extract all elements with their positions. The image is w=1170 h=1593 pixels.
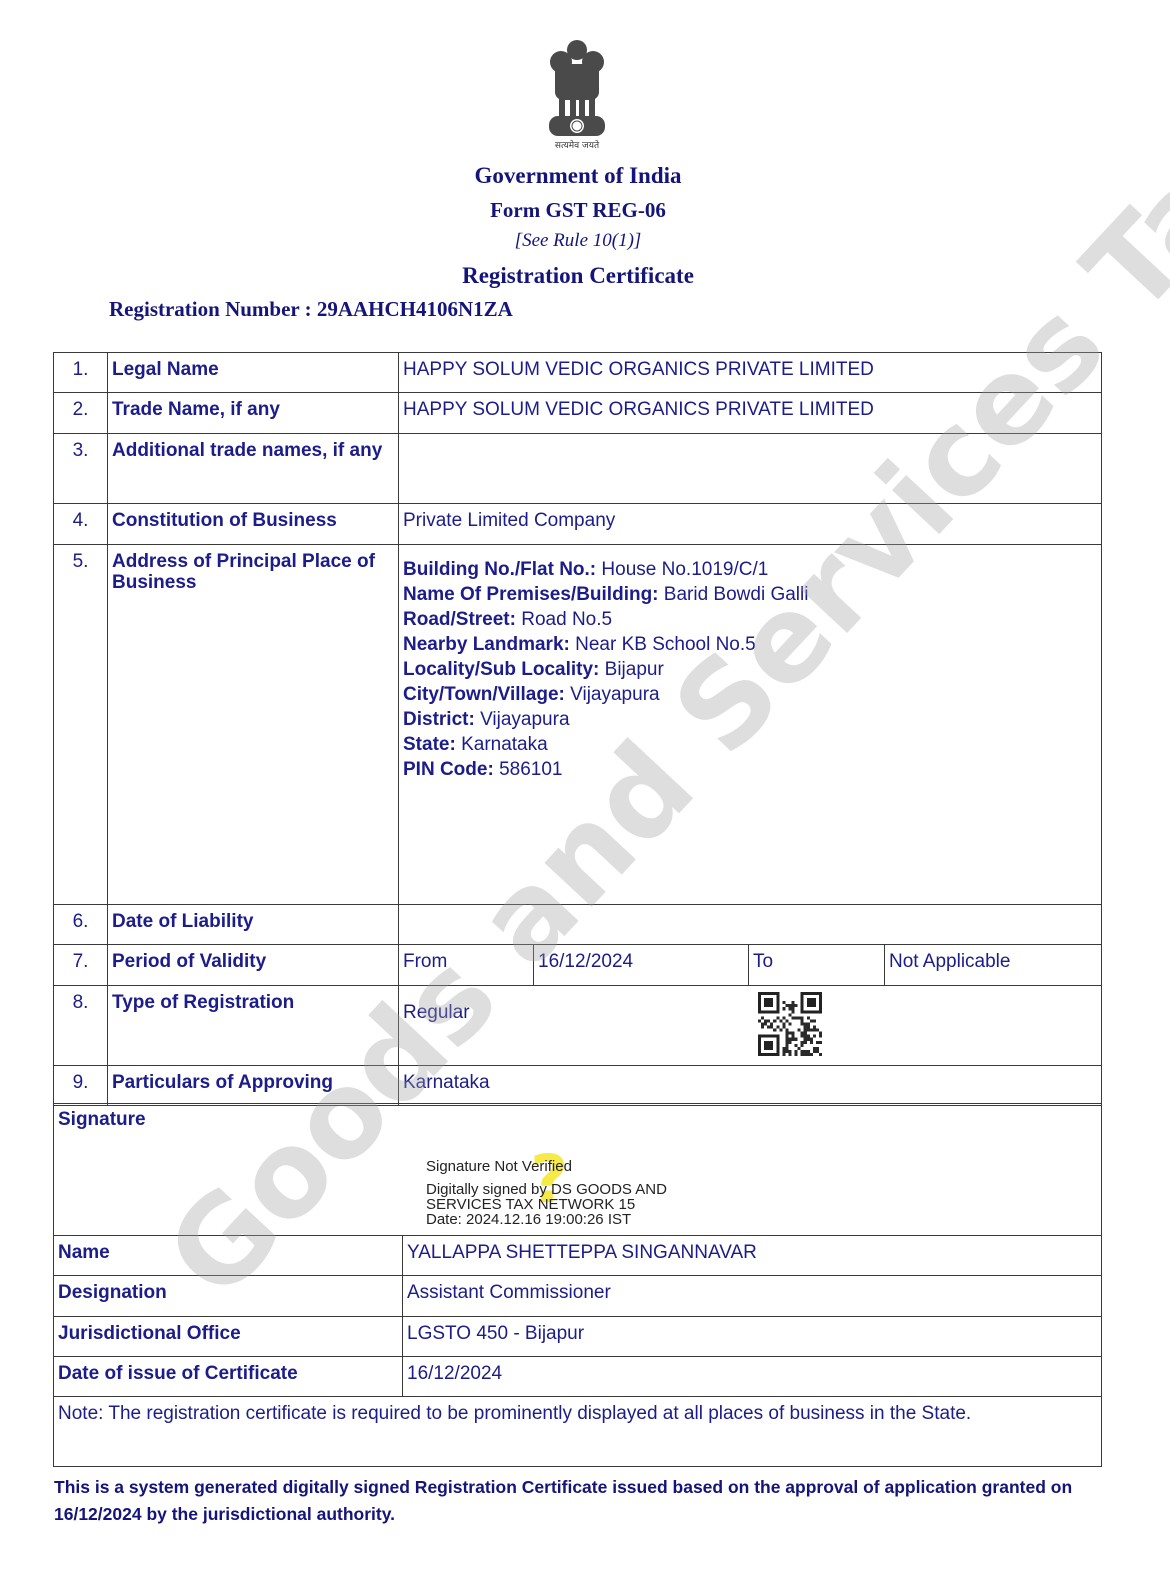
designation-value: Assistant Commissioner <box>403 1276 1102 1317</box>
row-number: 7. <box>54 945 108 986</box>
form-heading: Form GST REG-06 <box>0 198 1156 223</box>
registration-number-label: Registration Number : <box>109 297 312 321</box>
certificate-table: 1. Legal Name HAPPY SOLUM VEDIC ORGANICS… <box>53 352 1102 1106</box>
national-emblem-icon: सत्यमेव जयते <box>541 36 613 152</box>
footer-statement: This is a system generated digitally sig… <box>54 1474 1114 1528</box>
rule-reference: [See Rule 10(1)] <box>0 230 1156 252</box>
government-heading: Government of India <box>0 163 1156 189</box>
row-label: Period of Validity <box>108 945 399 986</box>
officer-label: Jurisdictional Office <box>54 1317 403 1357</box>
certificate-title: Registration Certificate <box>0 263 1156 289</box>
row-number: 8. <box>54 986 108 1066</box>
note-row: Note: The registration certificate is re… <box>54 1397 1102 1467</box>
table-row: 5. Address of Principal Place of Busines… <box>54 545 1102 905</box>
address-line: Locality/Sub Locality: Bijapur <box>403 657 1097 682</box>
signature-block: Signature ? Signature Not Verified Digit… <box>58 1109 1097 1235</box>
registration-number: Registration Number : 29AAHCH4106N1ZA <box>109 297 513 322</box>
table-row: Date of issue of Certificate 16/12/2024 <box>54 1357 1102 1397</box>
signature-title: Signature <box>58 1109 1097 1130</box>
table-row: 3. Additional trade names, if any <box>54 434 1102 504</box>
legal-name-value: HAPPY SOLUM VEDIC ORGANICS PRIVATE LIMIT… <box>399 353 1102 393</box>
row-number: 4. <box>54 504 108 545</box>
address-line: District: Vijayapura <box>403 707 1097 732</box>
validity-from-label: From <box>399 945 534 986</box>
row-number: 2. <box>54 393 108 434</box>
address-line: City/Town/Village: Vijayapura <box>403 682 1097 707</box>
address-line: PIN Code: 586101 <box>403 757 1097 782</box>
trade-name-value: HAPPY SOLUM VEDIC ORGANICS PRIVATE LIMIT… <box>399 393 1102 434</box>
signature-row: Signature ? Signature Not Verified Digit… <box>54 1104 1102 1236</box>
address-value: Building No./Flat No.: House No.1019/C/1… <box>399 545 1102 905</box>
jurisdictional-office-value: LGSTO 450 - Bijapur <box>403 1317 1102 1357</box>
address-line: Name Of Premises/Building: Barid Bowdi G… <box>403 582 1097 607</box>
table-row: 6. Date of Liability <box>54 905 1102 945</box>
qr-code-icon <box>758 992 822 1056</box>
officer-name-value: YALLAPPA SHETTEPPA SINGANNAVAR <box>403 1236 1102 1276</box>
signed-by-line: Digitally signed by DS GOODS AND <box>426 1182 667 1197</box>
signature-table: Signature ? Signature Not Verified Digit… <box>53 1103 1102 1467</box>
row-label: Address of Principal Place of Business <box>108 545 399 905</box>
row-label: Legal Name <box>108 353 399 393</box>
row-number: 5. <box>54 545 108 905</box>
digital-signature-stamp: Signature Not Verified Digitally signed … <box>426 1159 667 1227</box>
registration-number-value: 29AAHCH4106N1ZA <box>317 297 513 321</box>
row-number: 6. <box>54 905 108 945</box>
registration-type-value: Regular <box>399 986 1102 1066</box>
row-label: Additional trade names, if any <box>108 434 399 504</box>
signature-date: Date: 2024.12.16 19:00:26 IST <box>426 1212 667 1227</box>
table-row: 8. Type of Registration Regular <box>54 986 1102 1066</box>
issue-date-value: 16/12/2024 <box>403 1357 1102 1397</box>
officer-label: Name <box>54 1236 403 1276</box>
signed-by-line: SERVICES TAX NETWORK 15 <box>426 1197 667 1212</box>
address-line: State: Karnataka <box>403 732 1097 757</box>
validity-from-value: 16/12/2024 <box>534 945 749 986</box>
table-row: 7. Period of Validity From 16/12/2024 To… <box>54 945 1102 986</box>
date-of-liability-value <box>399 905 1102 945</box>
officer-label: Designation <box>54 1276 403 1317</box>
row-label: Type of Registration <box>108 986 399 1066</box>
additional-trade-names-value <box>399 434 1102 504</box>
approving-authority-value: Karnataka <box>399 1066 1102 1106</box>
validity-to-value: Not Applicable <box>885 945 1102 986</box>
address-line: Building No./Flat No.: House No.1019/C/1 <box>403 557 1097 582</box>
note-text: Note: The registration certificate is re… <box>54 1397 1102 1467</box>
constitution-value: Private Limited Company <box>399 504 1102 545</box>
table-row: Name YALLAPPA SHETTEPPA SINGANNAVAR <box>54 1236 1102 1276</box>
table-row: Jurisdictional Office LGSTO 450 - Bijapu… <box>54 1317 1102 1357</box>
row-number: 3. <box>54 434 108 504</box>
row-label: Date of Liability <box>108 905 399 945</box>
table-row: 9. Particulars of Approving Karnataka <box>54 1066 1102 1106</box>
svg-text:सत्यमेव जयते: सत्यमेव जयते <box>555 139 600 151</box>
row-label: Particulars of Approving <box>108 1066 399 1106</box>
row-number: 9. <box>54 1066 108 1106</box>
officer-label: Date of issue of Certificate <box>54 1357 403 1397</box>
table-row: 2. Trade Name, if any HAPPY SOLUM VEDIC … <box>54 393 1102 434</box>
address-line: Road/Street: Road No.5 <box>403 607 1097 632</box>
table-row: 1. Legal Name HAPPY SOLUM VEDIC ORGANICS… <box>54 353 1102 393</box>
address-line: Nearby Landmark: Near KB School No.5 <box>403 632 1097 657</box>
row-label: Trade Name, if any <box>108 393 399 434</box>
signature-status: Signature Not Verified <box>426 1159 667 1174</box>
row-number: 1. <box>54 353 108 393</box>
table-row: 4. Constitution of Business Private Limi… <box>54 504 1102 545</box>
validity-to-label: To <box>749 945 885 986</box>
row-label: Constitution of Business <box>108 504 399 545</box>
table-row: Designation Assistant Commissioner <box>54 1276 1102 1317</box>
